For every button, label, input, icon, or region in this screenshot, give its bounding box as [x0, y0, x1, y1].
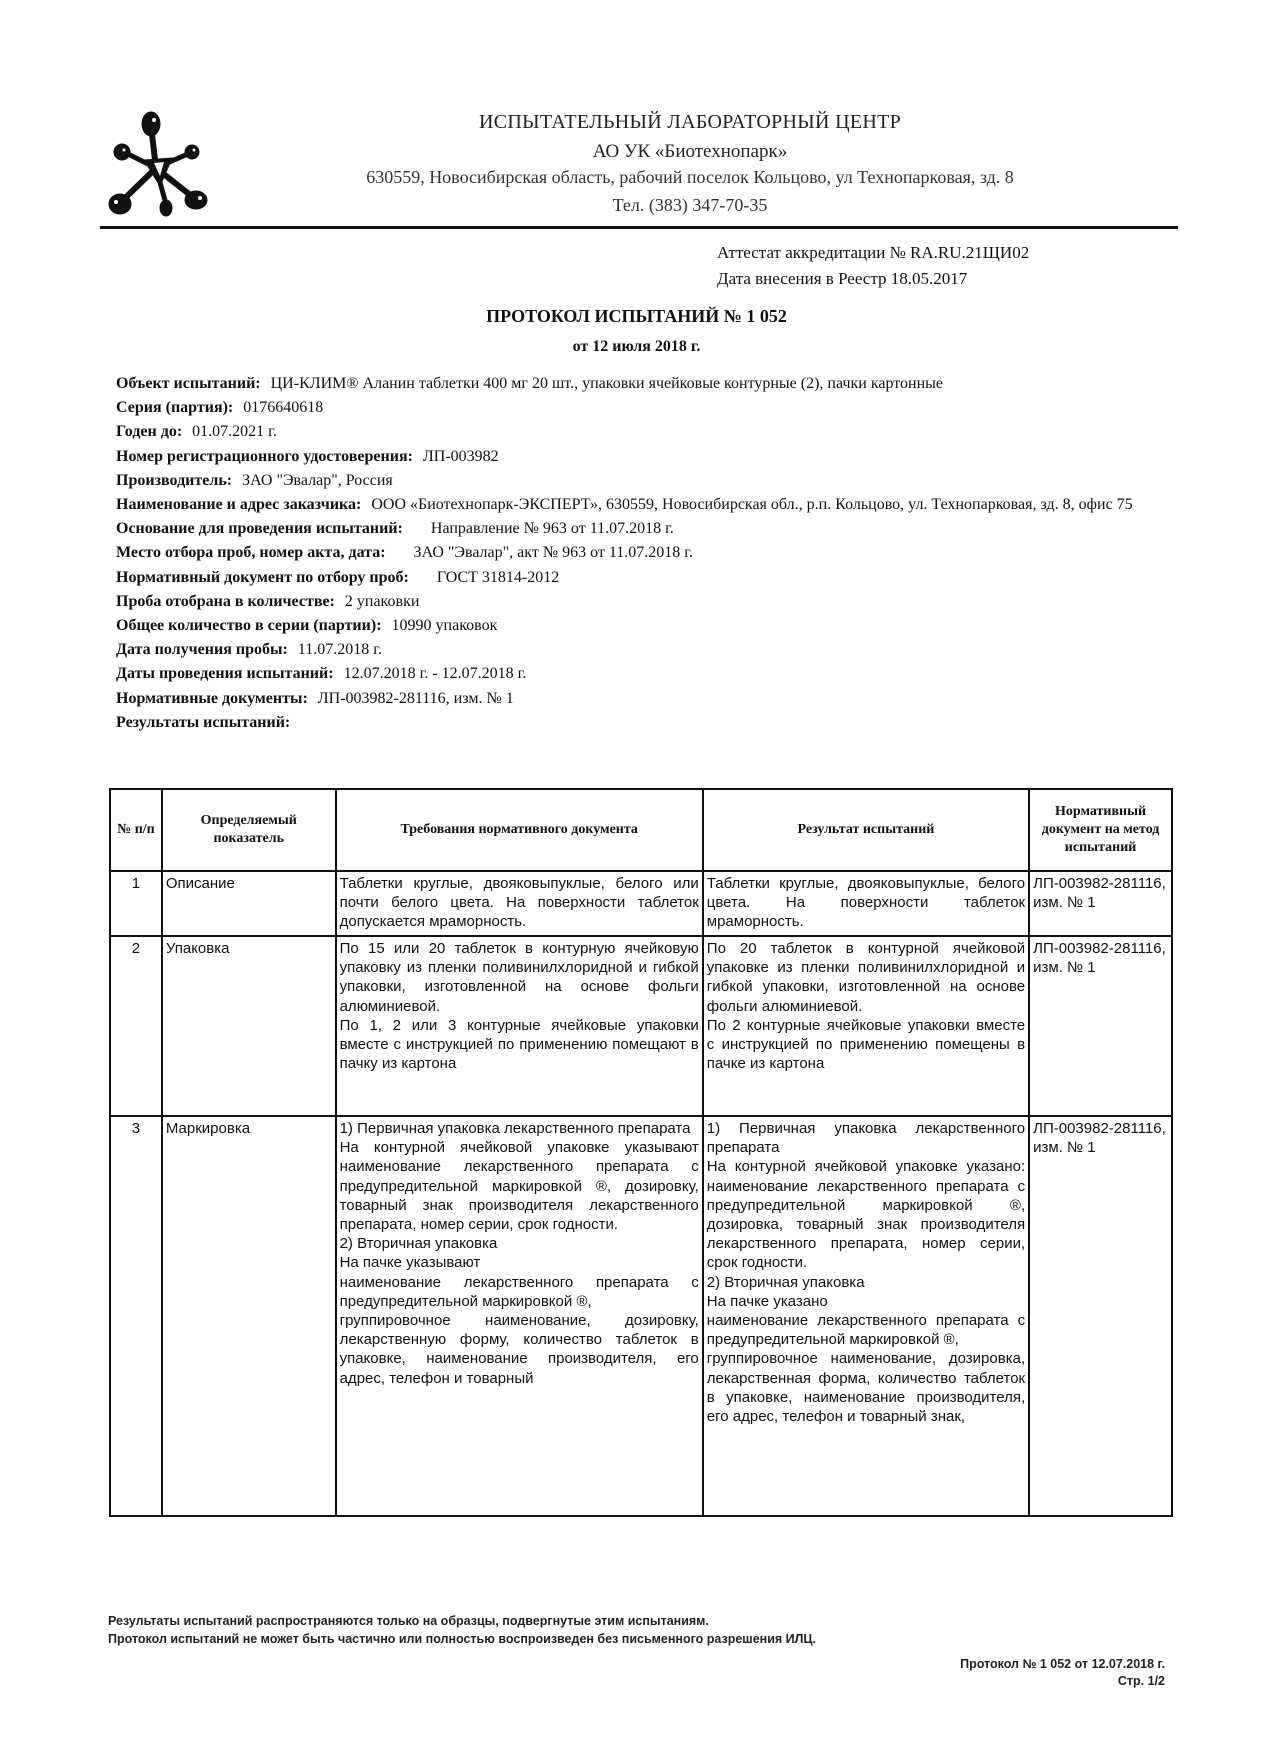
field-test-dates: Даты проведения испытаний:12.07.2018 г. … [116, 662, 1166, 686]
field-value: 10990 упаковок [392, 617, 498, 634]
org-phone: Тел. (383) 347-70-35 [400, 195, 980, 216]
field-label: Даты проведения испытаний: [116, 665, 334, 682]
field-value: ЗАО "Эвалар", Россия [242, 472, 393, 489]
protocol-fields: Объект испытаний:ЦИ-КЛИМ® Аланин таблетк… [116, 372, 1166, 735]
field-label: Место отбора проб, номер акта, дата: [116, 544, 386, 561]
field-value: 12.07.2018 г. - 12.07.2018 г. [344, 665, 527, 682]
row-result: По 20 таблеток в контурной ячейковой упа… [703, 936, 1029, 1116]
org-subtitle: АО УК «Биотехнопарк» [400, 141, 980, 163]
field-batch: Серия (партия):0176640618 [116, 396, 1166, 420]
results-table: № п/п Определяемый показатель Требования… [109, 788, 1173, 1517]
field-value: ЛП-003982-281116, изм. № 1 [318, 690, 514, 707]
field-expiry: Годен до:01.07.2021 г. [116, 420, 1166, 444]
org-address: 630559, Новосибирская область, рабочий п… [300, 167, 1080, 188]
row-result: Таблетки круглые, двояковыпуклые, белого… [703, 871, 1029, 936]
molecule-logo-icon [108, 108, 208, 218]
field-value: ЛП-003982 [423, 448, 499, 465]
field-value: 11.07.2018 г. [298, 641, 382, 658]
field-value: Направление № 963 от 11.07.2018 г. [431, 520, 674, 537]
row-number: 3 [110, 1116, 162, 1516]
field-customer: Наименование и адрес заказчика:ООО «Биот… [116, 493, 1166, 517]
field-value: ООО «Биотехнопарк-ЭКСПЕРТ», 630559, Ново… [371, 496, 1132, 513]
field-label: Дата получения пробы: [116, 641, 288, 658]
field-value: 2 упаковки [345, 593, 420, 610]
field-label: Годен до: [116, 423, 182, 440]
field-test-object: Объект испытаний:ЦИ-КЛИМ® Аланин таблетк… [116, 372, 1166, 396]
org-title: ИСПЫТАТЕЛЬНЫЙ ЛАБОРАТОРНЫЙ ЦЕНТР [400, 111, 980, 134]
col-header-number: № п/п [110, 789, 162, 871]
col-header-requirement: Требования нормативного документа [336, 789, 703, 871]
row-number: 2 [110, 936, 162, 1116]
field-value: ЗАО "Эвалар", акт № 963 от 11.07.2018 г. [414, 544, 694, 561]
field-label: Наименование и адрес заказчика: [116, 496, 361, 513]
row-number: 1 [110, 871, 162, 936]
col-header-result: Результат испытаний [703, 789, 1029, 871]
field-value: ГОСТ 31814-2012 [437, 569, 559, 586]
page-number: Стр. 1/2 [960, 1673, 1165, 1690]
field-received-date: Дата получения пробы:11.07.2018 г. [116, 638, 1166, 662]
table-header-row: № п/п Определяемый показатель Требования… [110, 789, 1172, 871]
col-header-method: Нормативный документ на метод испытаний [1029, 789, 1172, 871]
field-manufacturer: Производитель:ЗАО "Эвалар", Россия [116, 469, 1166, 493]
row-method: ЛП-003982-281116, изм. № 1 [1029, 871, 1172, 936]
field-label: Номер регистрационного удостоверения: [116, 448, 413, 465]
field-label: Нормативные документы: [116, 690, 308, 707]
field-label: Нормативный документ по отбору проб: [116, 569, 409, 586]
table-row: 1 Описание Таблетки круглые, двояковыпук… [110, 871, 1172, 936]
row-requirement: Таблетки круглые, двояковыпуклые, белого… [336, 871, 703, 936]
field-label: Основание для проведения испытаний: [116, 520, 403, 537]
field-sampling-place: Место отбора проб, номер акта, дата:ЗАО … [116, 541, 1166, 565]
field-label: Производитель: [116, 472, 232, 489]
row-indicator: Упаковка [162, 936, 336, 1116]
field-label: Серия (партия): [116, 399, 233, 416]
col-header-indicator: Определяемый показатель [162, 789, 336, 871]
header-divider [100, 226, 1178, 229]
row-result: 1) Первичная упаковка лекарственного пре… [703, 1116, 1029, 1516]
table-row: 3 Маркировка 1) Первичная упаковка лекар… [110, 1116, 1172, 1516]
table-row: 2 Упаковка По 15 или 20 таблеток в конту… [110, 936, 1172, 1116]
field-value: ЦИ-КЛИМ® Аланин таблетки 400 мг 20 шт., … [271, 375, 943, 392]
field-label: Общее количество в серии (партии): [116, 617, 382, 634]
field-label: Проба отобрана в количестве: [116, 593, 335, 610]
protocol-title: ПРОТОКОЛ ИСПЫТАНИЙ № 1 052 [0, 306, 1273, 327]
row-method: ЛП-003982-281116, изм. № 1 [1029, 936, 1172, 1116]
field-value: 0176640618 [243, 399, 323, 416]
field-normative-documents: Нормативные документы:ЛП-003982-281116, … [116, 687, 1166, 711]
row-requirement: 1) Первичная упаковка лекарственного пре… [336, 1116, 703, 1516]
row-indicator: Маркировка [162, 1116, 336, 1516]
protocol-date: от 12 июля 2018 г. [0, 338, 1273, 356]
accreditation-block: Аттестат аккредитации № RA.RU.21ЩИ02 Дат… [717, 240, 1029, 292]
field-label: Результаты испытаний: [116, 714, 290, 731]
row-method: ЛП-003982-281116, изм. № 1 [1029, 1116, 1172, 1516]
field-results-heading: Результаты испытаний: [116, 711, 1166, 735]
footer-note-reproduction: Протокол испытаний не может быть частичн… [108, 1630, 816, 1648]
footer-note-scope: Результаты испытаний распространяются то… [108, 1612, 816, 1630]
field-label: Объект испытаний: [116, 375, 261, 392]
row-indicator: Описание [162, 871, 336, 936]
row-requirement: По 15 или 20 таблеток в контурную ячейко… [336, 936, 703, 1116]
field-value: 01.07.2021 г. [192, 423, 277, 440]
field-sampling-standard: Нормативный документ по отбору проб:ГОСТ… [116, 566, 1166, 590]
field-registration-number: Номер регистрационного удостоверения:ЛП-… [116, 445, 1166, 469]
field-sample-quantity: Проба отобрана в количестве:2 упаковки [116, 590, 1166, 614]
page-info: Протокол № 1 052 от 12.07.2018 г. Стр. 1… [960, 1656, 1165, 1690]
field-batch-total: Общее количество в серии (партии):10990 … [116, 614, 1166, 638]
field-test-basis: Основание для проведения испытаний:Напра… [116, 517, 1166, 541]
protocol-reference: Протокол № 1 052 от 12.07.2018 г. [960, 1656, 1165, 1673]
accreditation-number: Аттестат аккредитации № RA.RU.21ЩИ02 [717, 240, 1029, 266]
registry-date: Дата внесения в Реестр 18.05.2017 [717, 266, 1029, 292]
footer-notes: Результаты испытаний распространяются то… [108, 1612, 816, 1648]
